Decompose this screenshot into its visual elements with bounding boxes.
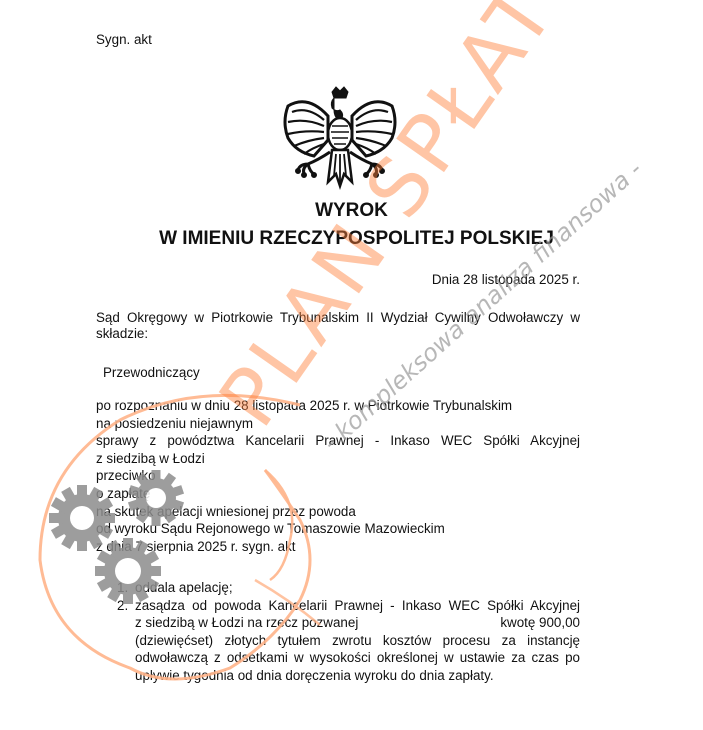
polish-eagle-emblem-icon [278, 86, 402, 190]
ruling-line: upływie tygodnia od dnia doręczenia wyro… [135, 667, 580, 685]
judgment-subtitle: W IMIENIU RZECZYPOSPOLITEJ POLSKIEJ [0, 228, 703, 250]
presiding-judge-label: Przewodniczący [103, 365, 200, 381]
proceedings-block: po rozpoznaniu w dniu 28 listopada 2025 … [96, 397, 580, 555]
ruling-number: 1. [117, 579, 128, 597]
ruling-line: z siedzibą w Łodzi na rzecz pozwanej kwo… [135, 614, 580, 632]
court-composition: Sąd Okręgowy w Piotrkowie Trybunalskim I… [96, 310, 580, 342]
proceedings-line: na skutek apelacji wniesionej przez powo… [96, 503, 580, 521]
proceedings-line: od wyroku Sądu Rejonowego w Tomaszowie M… [96, 520, 580, 538]
ruling-item: 1. oddala apelację; [117, 579, 580, 597]
ruling-item: 2. zasądza od powoda Kancelarii Prawnej … [117, 597, 580, 685]
ruling-line: zasądza od powoda Kancelarii Prawnej - I… [135, 597, 580, 615]
ruling-line-part: z siedzibą w Łodzi na rzecz pozwanej [135, 614, 358, 632]
judgment-title: WYROK [0, 200, 703, 222]
ruling-line: (dziewięćset) złotych tytułem zwrotu kos… [135, 632, 580, 650]
proceedings-line: po rozpoznaniu w dniu 28 listopada 2025 … [96, 397, 580, 415]
rulings-list: 1. oddala apelację; 2. zasądza od powoda… [117, 579, 580, 685]
proceedings-line: przeciwko [96, 467, 580, 485]
proceedings-line: sprawy z powództwa Kancelarii Prawnej - … [96, 432, 580, 450]
ruling-line: oddala apelację; [135, 579, 580, 597]
court-judgment-page: Sygn. akt WYROK W IMIENIU RZECZ [0, 0, 703, 730]
case-signature-label: Sygn. akt [96, 32, 152, 48]
ruling-amount: kwotę 900,00 [500, 614, 580, 632]
proceedings-line: na posiedzeniu niejawnym [96, 415, 580, 433]
ruling-line: odwoławczą z odsetkami w wysokości okreś… [135, 649, 580, 667]
proceedings-line: z dnia 7 sierpnia 2025 r. sygn. akt [96, 538, 580, 556]
judgment-date: Dnia 28 listopada 2025 r. [432, 272, 580, 288]
ruling-number: 2. [117, 597, 128, 615]
proceedings-line: o zapłatę [96, 485, 580, 503]
proceedings-line: z siedzibą w Łodzi [96, 450, 580, 468]
